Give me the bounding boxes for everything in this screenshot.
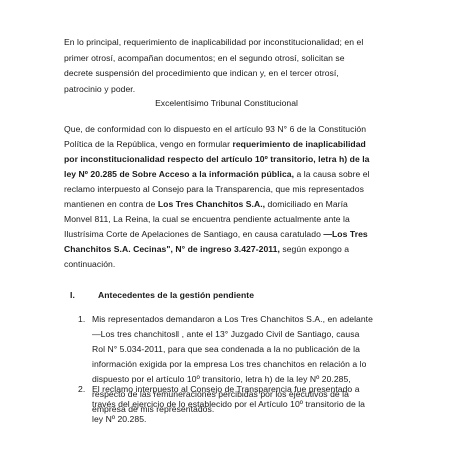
intro-line-5: reclamo interpuesto al Consejo para la T… bbox=[64, 184, 364, 194]
intro-line-4: ley Nº 20.285 de Sobre Acceso a la infor… bbox=[64, 169, 370, 179]
intro-line-2: Política de la República, vengo en formu… bbox=[64, 139, 366, 149]
party-name: Los Tres Chanchitos S.A., bbox=[158, 199, 265, 209]
item-2-line-1: El reclamo interpuesto al Consejo de Tra… bbox=[92, 384, 360, 394]
section-number: I. bbox=[70, 290, 75, 300]
intro-line-1: Que, de conformidad con lo dispuesto en … bbox=[64, 124, 366, 134]
summary-line-3: decrete suspensión del procedimiento que… bbox=[64, 68, 339, 78]
intro-line-6: mantienen en contra de Los Tres Chanchit… bbox=[64, 199, 348, 209]
intro-text: Ilustrísima Corte de Apelaciones de Sant… bbox=[64, 229, 323, 239]
item-1-line-2: ―Los tres chanchitos‖ , ante el 13° Juzg… bbox=[92, 329, 359, 339]
addressee: Excelentísimo Tribunal Constitucional bbox=[0, 98, 453, 108]
intro-line-8: Ilustrísima Corte de Apelaciones de Sant… bbox=[64, 229, 368, 239]
intro-line-9: Chanchitos S.A. Cecinas", N° de ingreso … bbox=[64, 244, 349, 254]
summary-line-2: primer otrosí, acompañan documentos; en … bbox=[64, 53, 345, 63]
intro-line-3: por inconstitucionalidad respecto del ar… bbox=[64, 154, 370, 164]
summary-line-1: En lo principal, requerimiento de inapli… bbox=[64, 37, 363, 47]
document-page: En lo principal, requerimiento de inapli… bbox=[0, 0, 453, 453]
intro-bold-text: requerimiento de inaplicabilidad bbox=[232, 139, 365, 149]
intro-text: a la causa sobre el bbox=[294, 169, 370, 179]
item-1-number: 1. bbox=[78, 314, 85, 324]
intro-bold-text: ley Nº 20.285 de Sobre Acceso a la infor… bbox=[64, 169, 294, 179]
item-1-line-4: información exigida por la empresa Los t… bbox=[92, 359, 366, 369]
item-1-line-5: dispuesto por el artículo 10º transitori… bbox=[92, 374, 351, 384]
intro-text: según expongo a bbox=[280, 244, 349, 254]
case-name: Chanchitos S.A. Cecinas", N° de ingreso … bbox=[64, 244, 280, 254]
intro-line-7: Monvel 811, La Reina, la cual se encuent… bbox=[64, 214, 350, 224]
item-2-number: 2. bbox=[78, 384, 85, 394]
intro-text: Política de la República, vengo en formu… bbox=[64, 139, 232, 149]
summary-line-4: patrocinio y poder. bbox=[64, 84, 135, 94]
section-title: Antecedentes de la gestión pendiente bbox=[98, 290, 254, 300]
intro-text: domiciliado en María bbox=[265, 199, 348, 209]
item-1-line-3: Rol N° 5.034-2011, para que sea condenad… bbox=[92, 344, 360, 354]
intro-text: mantienen en contra de bbox=[64, 199, 158, 209]
item-1-line-1: Mis representados demandaron a Los Tres … bbox=[92, 314, 373, 324]
intro-line-10: continuación. bbox=[64, 259, 115, 269]
case-name: ―Los Tres bbox=[323, 229, 367, 239]
item-2-line-2: través del ejercicio de lo establecido p… bbox=[92, 399, 365, 409]
item-2-line-3: ley Nº 20.285. bbox=[92, 414, 146, 424]
